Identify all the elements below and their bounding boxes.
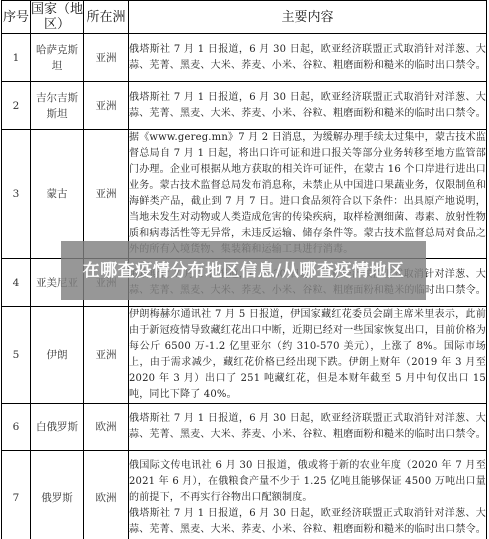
row-index: 1 (2, 34, 31, 82)
row-content: 俄塔斯社 7 月 1 日报道，6 月 30 日起，欧亚经济联盟正式取消针对洋葱、… (129, 82, 487, 130)
row-country: 吉尔吉斯斯坦 (31, 82, 84, 130)
content-paragraph: 俄塔斯社 7 月 1 日报道，6 月 30 日起，欧亚经济联盟正式取消针对洋葱、… (129, 90, 486, 122)
header-content: 主要内容 (129, 1, 487, 34)
row-country: 蒙古 (31, 130, 84, 259)
row-content: 据《www.gereg.mn》7 月 2 日消息，为缓解办理手续太过集中，蒙古技… (129, 130, 487, 259)
table-header-row: 序号 国家（地区） 所在洲 主要内容 (2, 1, 487, 34)
content-paragraph: 俄塔斯社 7 月 1 日报道，6 月 30 日起，欧亚经济联盟正式取消针对洋葱、… (129, 411, 486, 443)
row-country: 哈萨克斯坦 (31, 34, 84, 82)
title-overlay-banner: 在哪查疫情分布地区信息/从哪查疫情地区 (61, 241, 426, 300)
table-row: 2 吉尔吉斯斯坦 亚洲 俄塔斯社 7 月 1 日报道，6 月 30 日起，欧亚经… (2, 82, 487, 130)
row-continent: 欧洲 (84, 451, 129, 539)
overlay-title: 在哪查疫情分布地区信息/从哪查疫情地区 (64, 260, 424, 282)
row-index: 3 (2, 130, 31, 259)
row-content: 俄塔斯社 7 月 1 日报道，6 月 30 日起，欧亚经济联盟正式取消针对洋葱、… (129, 34, 487, 82)
row-index: 7 (2, 451, 31, 539)
table-row: 3 蒙古 亚洲 据《www.gereg.mn》7 月 2 日消息，为缓解办理手续… (2, 130, 487, 259)
table-row: 6 白俄罗斯 欧洲 俄塔斯社 7 月 1 日报道，6 月 30 日起，欧亚经济联… (2, 404, 487, 451)
table-row: 7 俄罗斯 欧洲 俄国际文传电讯社 6 月 30 日报道，俄或将于新的农业年度（… (2, 451, 487, 539)
header-continent: 所在洲 (84, 1, 129, 34)
row-continent: 亚洲 (84, 82, 129, 130)
row-country: 俄罗斯 (31, 451, 84, 539)
row-index: 5 (2, 307, 31, 404)
row-content: 俄国际文传电讯社 6 月 30 日报道，俄或将于新的农业年度（2020 年 7 … (129, 451, 487, 539)
row-content: 伊朗梅赫尔通讯社 7 月 5 日报道，伊国家藏红花委员会副主席米里表示，此前由于… (129, 307, 487, 404)
row-continent: 亚洲 (84, 34, 129, 82)
content-paragraph: 据《www.gereg.mn》7 月 2 日消息，为缓解办理手续太过集中，蒙古技… (129, 130, 486, 258)
content-paragraph: 俄塔斯社 7 月 1 日报道，6 月 30 日起，欧亚经济联盟正式取消针对洋葱、… (129, 506, 486, 538)
row-content: 俄塔斯社 7 月 1 日报道，6 月 30 日起，欧亚经济联盟正式取消针对洋葱、… (129, 404, 487, 451)
header-index: 序号 (2, 1, 31, 34)
row-index: 2 (2, 82, 31, 130)
content-paragraph: 俄国际文传电讯社 6 月 30 日报道，俄或将于新的农业年度（2020 年 7 … (129, 458, 486, 506)
row-continent: 亚洲 (84, 307, 129, 404)
content-paragraph: 伊朗梅赫尔通讯社 7 月 5 日报道，伊国家藏红花委员会副主席米里表示，此前由于… (129, 307, 486, 403)
row-country: 伊朗 (31, 307, 84, 404)
row-index: 4 (2, 259, 31, 307)
row-continent: 欧洲 (84, 404, 129, 451)
table-row: 1 哈萨克斯坦 亚洲 俄塔斯社 7 月 1 日报道，6 月 30 日起，欧亚经济… (2, 34, 487, 82)
row-country: 白俄罗斯 (31, 404, 84, 451)
row-continent: 亚洲 (84, 130, 129, 259)
table-row: 5 伊朗 亚洲 伊朗梅赫尔通讯社 7 月 5 日报道，伊国家藏红花委员会副主席米… (2, 307, 487, 404)
content-paragraph: 俄塔斯社 7 月 1 日报道，6 月 30 日起，欧亚经济联盟正式取消针对洋葱、… (129, 42, 486, 74)
header-country: 国家（地区） (31, 1, 84, 34)
row-index: 6 (2, 404, 31, 451)
